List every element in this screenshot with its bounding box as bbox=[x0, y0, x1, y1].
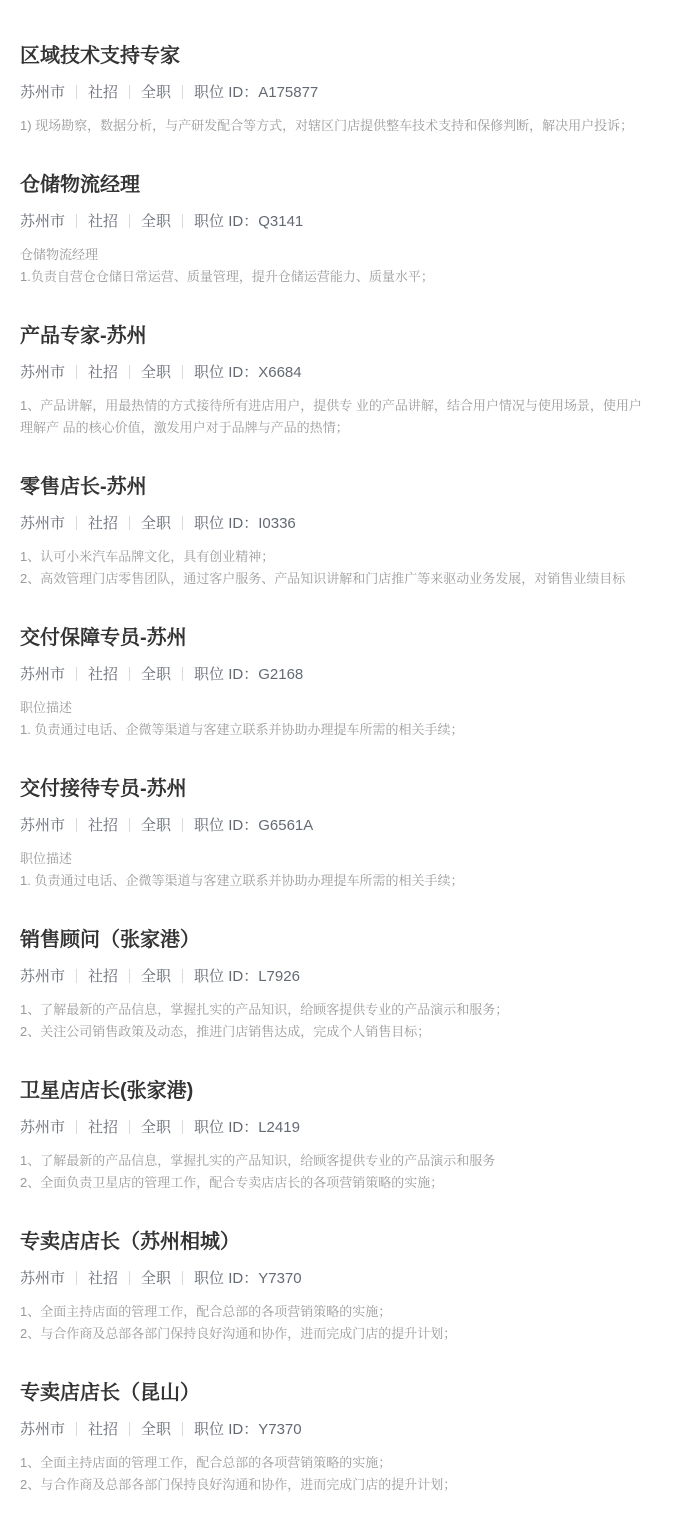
job-id-label: 职位 ID： bbox=[194, 666, 258, 683]
job-title[interactable]: 专卖店店长（昆山） bbox=[20, 1381, 653, 1405]
description-line: 2、与合作商及总部各部门保持良好沟通和协作，进而完成门店的提升计划； bbox=[20, 1474, 653, 1496]
job-location: 苏州市 bbox=[20, 363, 65, 382]
job-card: 仓储物流经理 苏州市社招全职职位 ID：Q3141 仓储物流经理 1.负责自营仓… bbox=[20, 173, 653, 288]
job-id-value: Y7370 bbox=[258, 1270, 301, 1287]
job-id-label: 职位 ID： bbox=[194, 968, 258, 985]
job-id: 职位 ID：Q3141 bbox=[171, 212, 303, 231]
job-id: 职位 ID：L2419 bbox=[171, 1118, 300, 1137]
job-meta: 苏州市社招全职职位 ID：I0336 bbox=[20, 514, 653, 533]
job-meta: 苏州市社招全职职位 ID：G6561A bbox=[20, 816, 653, 835]
job-description: 1、全面主持店面的管理工作，配合总部的各项营销策略的实施； 2、与合作商及总部各… bbox=[20, 1452, 653, 1496]
job-card: 交付接待专员-苏州 苏州市社招全职职位 ID：G6561A 职位描述 1. 负责… bbox=[20, 777, 653, 892]
job-id-value: I0336 bbox=[258, 515, 296, 532]
job-employment-type: 全职 bbox=[118, 1269, 171, 1288]
job-meta: 苏州市社招全职职位 ID：Q3141 bbox=[20, 212, 653, 231]
job-description: 1、产品讲解，用最热情的方式接待所有进店用户，提供专 业的产品讲解，结合用户情况… bbox=[20, 395, 653, 439]
job-id: 职位 ID：G2168 bbox=[171, 665, 303, 684]
job-title[interactable]: 专卖店店长（苏州相城） bbox=[20, 1230, 653, 1254]
job-recruit-type: 社招 bbox=[65, 514, 118, 533]
job-id-value: G6561A bbox=[258, 817, 313, 834]
job-meta: 苏州市社招全职职位 ID：Y7370 bbox=[20, 1269, 653, 1288]
description-line: 1、全面主持店面的管理工作，配合总部的各项营销策略的实施； bbox=[20, 1301, 653, 1323]
job-id-label: 职位 ID： bbox=[194, 817, 258, 834]
job-title[interactable]: 交付接待专员-苏州 bbox=[20, 777, 653, 801]
job-recruit-type: 社招 bbox=[65, 1420, 118, 1439]
job-id-label: 职位 ID： bbox=[194, 515, 258, 532]
job-location: 苏州市 bbox=[20, 816, 65, 835]
job-employment-type: 全职 bbox=[118, 967, 171, 986]
job-card: 零售店长-苏州 苏州市社招全职职位 ID：I0336 1、认可小米汽车品牌文化，… bbox=[20, 475, 653, 590]
job-recruit-type: 社招 bbox=[65, 1269, 118, 1288]
description-line: 2、全面负责卫星店的管理工作，配合专卖店店长的各项营销策略的实施； bbox=[20, 1172, 653, 1194]
job-location: 苏州市 bbox=[20, 1118, 65, 1137]
job-recruit-type: 社招 bbox=[65, 665, 118, 684]
job-card: 专卖店店长（苏州相城） 苏州市社招全职职位 ID：Y7370 1、全面主持店面的… bbox=[20, 1230, 653, 1345]
description-line: 1.负责自营仓仓储日常运营、质量管理，提升仓储运营能力、质量水平； bbox=[20, 266, 653, 288]
job-employment-type: 全职 bbox=[118, 363, 171, 382]
job-recruit-type: 社招 bbox=[65, 1118, 118, 1137]
job-employment-type: 全职 bbox=[118, 1118, 171, 1137]
job-id-value: Y7370 bbox=[258, 1421, 301, 1438]
job-employment-type: 全职 bbox=[118, 83, 171, 102]
description-line: 1、产品讲解，用最热情的方式接待所有进店用户，提供专 业的产品讲解，结合用户情况… bbox=[20, 395, 653, 439]
job-title[interactable]: 产品专家-苏州 bbox=[20, 324, 653, 348]
job-id: 职位 ID：Y7370 bbox=[171, 1269, 302, 1288]
job-id-value: L7926 bbox=[258, 968, 300, 985]
job-card: 专卖店店长（昆山） 苏州市社招全职职位 ID：Y7370 1、全面主持店面的管理… bbox=[20, 1381, 653, 1496]
job-card: 产品专家-苏州 苏州市社招全职职位 ID：X6684 1、产品讲解，用最热情的方… bbox=[20, 324, 653, 439]
job-recruit-type: 社招 bbox=[65, 212, 118, 231]
job-location: 苏州市 bbox=[20, 212, 65, 231]
job-title[interactable]: 交付保障专员-苏州 bbox=[20, 626, 653, 650]
job-location: 苏州市 bbox=[20, 665, 65, 684]
job-card: 卫星店店长(张家港) 苏州市社招全职职位 ID：L2419 1、了解最新的产品信… bbox=[20, 1079, 653, 1194]
description-line: 1. 负责通过电话、企微等渠道与客建立联系并协助办理提车所需的相关手续； bbox=[20, 870, 653, 892]
job-description: 1) 现场勘察，数据分析，与产研发配合等方式，对辖区门店提供整车技术支持和保修判… bbox=[20, 115, 653, 137]
job-employment-type: 全职 bbox=[118, 816, 171, 835]
description-line: 仓储物流经理 bbox=[20, 244, 653, 266]
job-title[interactable]: 仓储物流经理 bbox=[20, 173, 653, 197]
description-line: 2、高效管理门店零售团队，通过客户服务、产品知识讲解和门店推广等来驱动业务发展，… bbox=[20, 568, 653, 590]
job-meta: 苏州市社招全职职位 ID：L7926 bbox=[20, 967, 653, 986]
job-employment-type: 全职 bbox=[118, 212, 171, 231]
job-description: 1、了解最新的产品信息，掌握扎实的产品知识，给顾客提供专业的产品演示和服务； 2… bbox=[20, 999, 653, 1043]
description-line: 2、关注公司销售政策及动态，推进门店销售达成，完成个人销售目标； bbox=[20, 1021, 653, 1043]
job-id-value: X6684 bbox=[258, 364, 301, 381]
job-title[interactable]: 卫星店店长(张家港) bbox=[20, 1079, 653, 1103]
job-meta: 苏州市社招全职职位 ID：L2419 bbox=[20, 1118, 653, 1137]
job-description: 1、认可小米汽车品牌文化，具有创业精神； 2、高效管理门店零售团队，通过客户服务… bbox=[20, 546, 653, 590]
job-title[interactable]: 零售店长-苏州 bbox=[20, 475, 653, 499]
job-id: 职位 ID：A175877 bbox=[171, 83, 318, 102]
description-line: 职位描述 bbox=[20, 697, 653, 719]
job-recruit-type: 社招 bbox=[65, 816, 118, 835]
job-id: 职位 ID：L7926 bbox=[171, 967, 300, 986]
job-id: 职位 ID：I0336 bbox=[171, 514, 296, 533]
job-id: 职位 ID：X6684 bbox=[171, 363, 302, 382]
description-line: 1) 现场勘察，数据分析，与产研发配合等方式，对辖区门店提供整车技术支持和保修判… bbox=[20, 115, 653, 137]
job-title[interactable]: 区域技术支持专家 bbox=[20, 44, 653, 68]
job-id-label: 职位 ID： bbox=[194, 1421, 258, 1438]
job-employment-type: 全职 bbox=[118, 514, 171, 533]
description-line: 1、全面主持店面的管理工作，配合总部的各项营销策略的实施； bbox=[20, 1452, 653, 1474]
job-description: 1、全面主持店面的管理工作，配合总部的各项营销策略的实施； 2、与合作商及总部各… bbox=[20, 1301, 653, 1345]
job-id-value: L2419 bbox=[258, 1119, 300, 1136]
job-description: 仓储物流经理 1.负责自营仓仓储日常运营、质量管理，提升仓储运营能力、质量水平； bbox=[20, 244, 653, 288]
job-recruit-type: 社招 bbox=[65, 363, 118, 382]
job-meta: 苏州市社招全职职位 ID：X6684 bbox=[20, 363, 653, 382]
job-title[interactable]: 销售顾问（张家港） bbox=[20, 928, 653, 952]
job-id-label: 职位 ID： bbox=[194, 364, 258, 381]
job-recruit-type: 社招 bbox=[65, 83, 118, 102]
job-location: 苏州市 bbox=[20, 514, 65, 533]
job-id-value: Q3141 bbox=[258, 213, 303, 230]
job-id-label: 职位 ID： bbox=[194, 84, 258, 101]
job-location: 苏州市 bbox=[20, 1269, 65, 1288]
job-id-label: 职位 ID： bbox=[194, 1270, 258, 1287]
job-description: 职位描述 1. 负责通过电话、企微等渠道与客建立联系并协助办理提车所需的相关手续… bbox=[20, 697, 653, 741]
job-location: 苏州市 bbox=[20, 967, 65, 986]
job-meta: 苏州市社招全职职位 ID：Y7370 bbox=[20, 1420, 653, 1439]
job-location: 苏州市 bbox=[20, 1420, 65, 1439]
job-id-value: A175877 bbox=[258, 84, 318, 101]
job-meta: 苏州市社招全职职位 ID：A175877 bbox=[20, 83, 653, 102]
job-id-label: 职位 ID： bbox=[194, 213, 258, 230]
job-id-value: G2168 bbox=[258, 666, 303, 683]
job-card: 销售顾问（张家港） 苏州市社招全职职位 ID：L7926 1、了解最新的产品信息… bbox=[20, 928, 653, 1043]
description-line: 1. 负责通过电话、企微等渠道与客建立联系并协助办理提车所需的相关手续； bbox=[20, 719, 653, 741]
job-card: 交付保障专员-苏州 苏州市社招全职职位 ID：G2168 职位描述 1. 负责通… bbox=[20, 626, 653, 741]
job-employment-type: 全职 bbox=[118, 1420, 171, 1439]
description-line: 2、与合作商及总部各部门保持良好沟通和协作，进而完成门店的提升计划； bbox=[20, 1323, 653, 1345]
job-description: 1、了解最新的产品信息，掌握扎实的产品知识，给顾客提供专业的产品演示和服务 2、… bbox=[20, 1150, 653, 1194]
job-card: 区域技术支持专家 苏州市社招全职职位 ID：A175877 1) 现场勘察，数据… bbox=[20, 44, 653, 137]
job-meta: 苏州市社招全职职位 ID：G2168 bbox=[20, 665, 653, 684]
description-line: 职位描述 bbox=[20, 848, 653, 870]
job-id: 职位 ID：G6561A bbox=[171, 816, 313, 835]
description-line: 1、认可小米汽车品牌文化，具有创业精神； bbox=[20, 546, 653, 568]
job-id-label: 职位 ID： bbox=[194, 1119, 258, 1136]
job-description: 职位描述 1. 负责通过电话、企微等渠道与客建立联系并协助办理提车所需的相关手续… bbox=[20, 848, 653, 892]
description-line: 1、了解最新的产品信息，掌握扎实的产品知识，给顾客提供专业的产品演示和服务 bbox=[20, 1150, 653, 1172]
job-location: 苏州市 bbox=[20, 83, 65, 102]
job-recruit-type: 社招 bbox=[65, 967, 118, 986]
job-employment-type: 全职 bbox=[118, 665, 171, 684]
job-id: 职位 ID：Y7370 bbox=[171, 1420, 302, 1439]
job-listings: 区域技术支持专家 苏州市社招全职职位 ID：A175877 1) 现场勘察，数据… bbox=[20, 44, 653, 1496]
description-line: 1、了解最新的产品信息，掌握扎实的产品知识，给顾客提供专业的产品演示和服务； bbox=[20, 999, 653, 1021]
